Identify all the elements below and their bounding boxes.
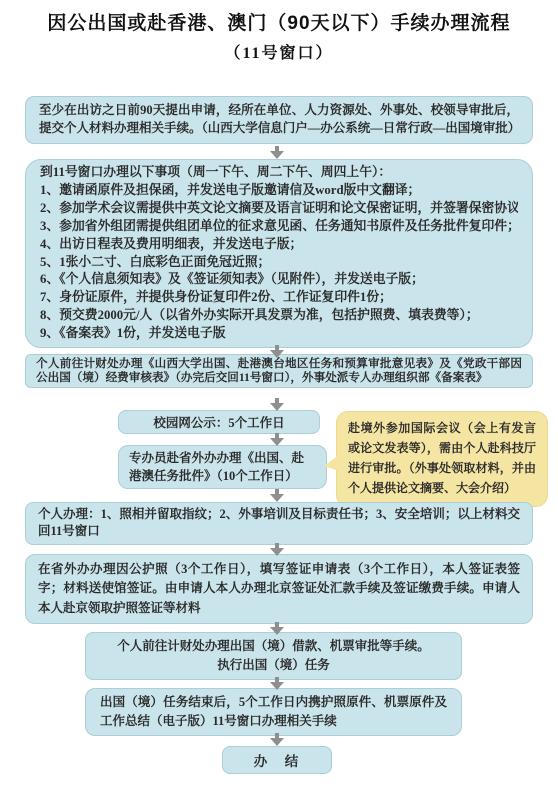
step-task-approval-text: 专办员赴省外办办理《出国、赴港澳任务批件》（10个工作日） (129, 451, 304, 483)
window11-item: 1、邀请函原件及担保函，并发送电子版邀请信及word版中文翻译； (40, 182, 518, 200)
step-borrow-box: 个人前往计财处办理出国（境）借款、机票审批等手续。 执行出国（境）任务 (85, 632, 462, 680)
arrow-down-icon (270, 146, 284, 159)
arrow-down-icon (270, 677, 284, 690)
arrow-down-icon (270, 543, 284, 556)
callout-text: 赴境外参加国际会议（会上有发言或论文发表等），需由个人赴科技厅进行审批。（外事处… (348, 421, 536, 495)
step-publicity-box: 校园网公示：5个工作日 (118, 410, 320, 434)
flowchart-page: 因公出国或赴香港、澳门（90天以下）手续办理流程 （11号窗口） 至少在出访之日… (0, 0, 558, 789)
window11-item: 7、身份证原件，并提供身份证复印件2份、工作证复印件1份； (40, 289, 518, 307)
step-passport-visa-box: 在省外办办理因公护照（3个工作日），填写签证申请表（3个工作日），本人签证表签字… (25, 554, 533, 624)
window11-item: 5、1张小二寸、白底彩色正面免冠近照； (40, 254, 518, 272)
step-passport-visa-text: 在省外办办理因公护照（3个工作日），填写签证申请表（3个工作日），本人签证表签字… (38, 562, 520, 615)
step-borrow-line2: 执行出国（境）任务 (96, 656, 451, 675)
window11-item: 4、出访日程表及费用明细表，并发送电子版； (40, 236, 518, 254)
step-task-approval-box: 专办员赴省外办办理《出国、赴港澳任务批件》（10个工作日） (118, 445, 327, 489)
window11-item: 8、预交费2000元/人（以省外办实际开具发票为准，包括护照费、填表费等）； (40, 307, 518, 325)
step-personal-handle-box: 个人办理：1、照相并留取指纹；2、外事培训及目标责任书；3、安全培训；以上材料交… (25, 502, 533, 545)
page-subtitle: （11号窗口） (0, 40, 558, 63)
arrow-down-icon (270, 733, 284, 746)
window11-header: 到11号窗口办理以下事项（周一下午、周二下午、周四上午）： (40, 164, 518, 182)
step-apply-text: 至少在出访之日前90天提出申请，经所在单位、人力资源处、外事处、校领导审批后，提… (39, 103, 520, 135)
arrow-down-icon (270, 433, 284, 446)
window11-item: 9、《备案表》1份，并发送电子版 (40, 325, 518, 343)
step-personal-handle-text: 个人办理：1、照相并留取指纹；2、外事培训及目标责任书；3、安全培训；以上材料交… (38, 507, 520, 538)
step-finance-approval-text: 个人前往计财处办理《山西大学出国、赴港澳台地区任务和预算审批意见表》及《党政干部… (36, 357, 522, 384)
arrow-down-icon (270, 345, 284, 358)
arrow-down-icon (270, 489, 284, 502)
step-done-text: 办 结 (254, 754, 301, 769)
step-after-task-text: 出国（境）任务结束后，5个工作日内携护照原件、机票原件及工作总结（电子版）11号… (100, 695, 447, 728)
step-apply-box: 至少在出访之日前90天提出申请，经所在单位、人力资源处、外事处、校领导审批后，提… (25, 96, 533, 144)
arrow-down-icon (270, 398, 284, 411)
callout-tail-icon (324, 455, 339, 473)
international-conference-callout: 赴境外参加国际会议（会上有发言或论文发表等），需由个人赴科技厅进行审批。（外事处… (336, 411, 548, 507)
window11-item: 2、参加学术会议需提供中英文论文摘要及语言证明和论文保密证明，并签署保密协议； (40, 200, 518, 218)
step-publicity-text: 校园网公示：5个工作日 (153, 416, 284, 430)
page-title: 因公出国或赴香港、澳门（90天以下）手续办理流程 (0, 8, 558, 35)
step-after-task-box: 出国（境）任务结束后，5个工作日内携护照原件、机票原件及工作总结（电子版）11号… (85, 688, 462, 736)
arrow-down-icon (270, 622, 284, 635)
step-finance-approval-box: 个人前往计财处办理《山西大学出国、赴港澳台地区任务和预算审批意见表》及《党政干部… (25, 354, 533, 388)
window11-item: 3、参加省外组团需提供组团单位的征求意见函、任务通知书原件及任务批件复印件； (40, 218, 518, 236)
step-window11-box: 到11号窗口办理以下事项（周一下午、周二下午、周四上午）： 1、邀请函原件及担保… (25, 159, 533, 348)
step-done-box: 办 结 (222, 746, 332, 774)
window11-item: 6、《个人信息须知表》及《签证须知表》（见附件），并发送电子版； (40, 271, 518, 289)
step-borrow-line1: 个人前往计财处办理出国（境）借款、机票审批等手续。 (96, 637, 451, 656)
